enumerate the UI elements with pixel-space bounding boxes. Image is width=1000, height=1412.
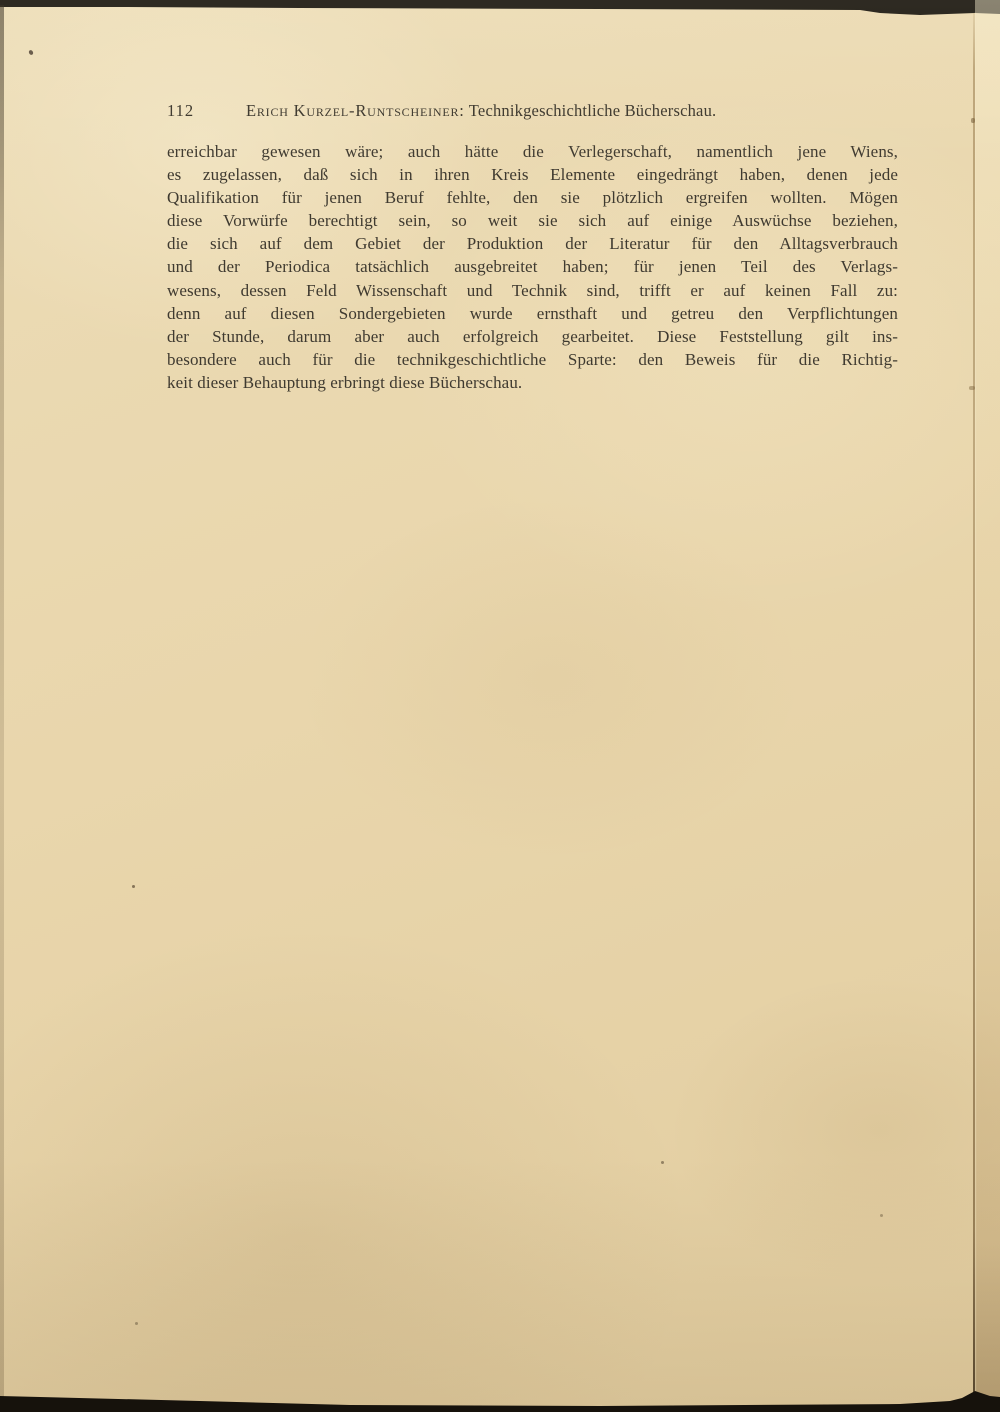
body-line: wesens, dessen Feld Wissenschaft und Tec… (167, 279, 898, 302)
body-line: und der Periodica tatsächlich ausgebreit… (167, 255, 898, 278)
scanner-bottom-band (0, 1388, 1000, 1412)
page-number: 112 (167, 101, 197, 121)
body-line: die sich auf dem Gebiet der Produktion d… (167, 232, 898, 255)
scanned-page: 112Erich Kurzel-Runtscheiner: Technikges… (0, 0, 1000, 1412)
ink-speck (135, 1322, 138, 1325)
body-line: denn auf diesen Sondergebieten wurde ern… (167, 302, 898, 325)
header-title: Technikgeschichtliche Bücherschau. (469, 101, 717, 120)
body-paragraph: erreichbar gewesen wäre; auch hätte die … (167, 140, 898, 394)
crease-nick (969, 386, 975, 390)
body-line: erreichbar gewesen wäre; auch hätte die … (167, 140, 898, 163)
body-line: der Stunde, darum aber auch erfolgreich … (167, 325, 898, 348)
crease-nick (971, 118, 975, 123)
body-line: keit dieser Behauptung erbringt diese Bü… (167, 371, 898, 394)
scanner-top-band (0, 0, 1000, 18)
body-line: Qualifikation für jenen Beruf fehlte, de… (167, 186, 898, 209)
ink-speck (132, 885, 135, 888)
ink-speck (880, 1214, 883, 1217)
page-fold-crease (973, 13, 975, 1395)
ink-speck (28, 49, 34, 55)
page-left-edge-shadow (0, 5, 4, 1405)
page-right-edge-strip (975, 0, 1000, 1412)
body-line: besondere auch für die technikgeschichtl… (167, 348, 898, 371)
body-line: es zugelassen, daß sich in ihren Kreis E… (167, 163, 898, 186)
body-line: diese Vorwürfe berechtigt sein, so weit … (167, 209, 898, 232)
running-header: 112Erich Kurzel-Runtscheiner: Technikges… (167, 101, 907, 121)
header-author: Erich Kurzel-Runtscheiner: (246, 101, 465, 120)
ink-speck (661, 1161, 664, 1164)
